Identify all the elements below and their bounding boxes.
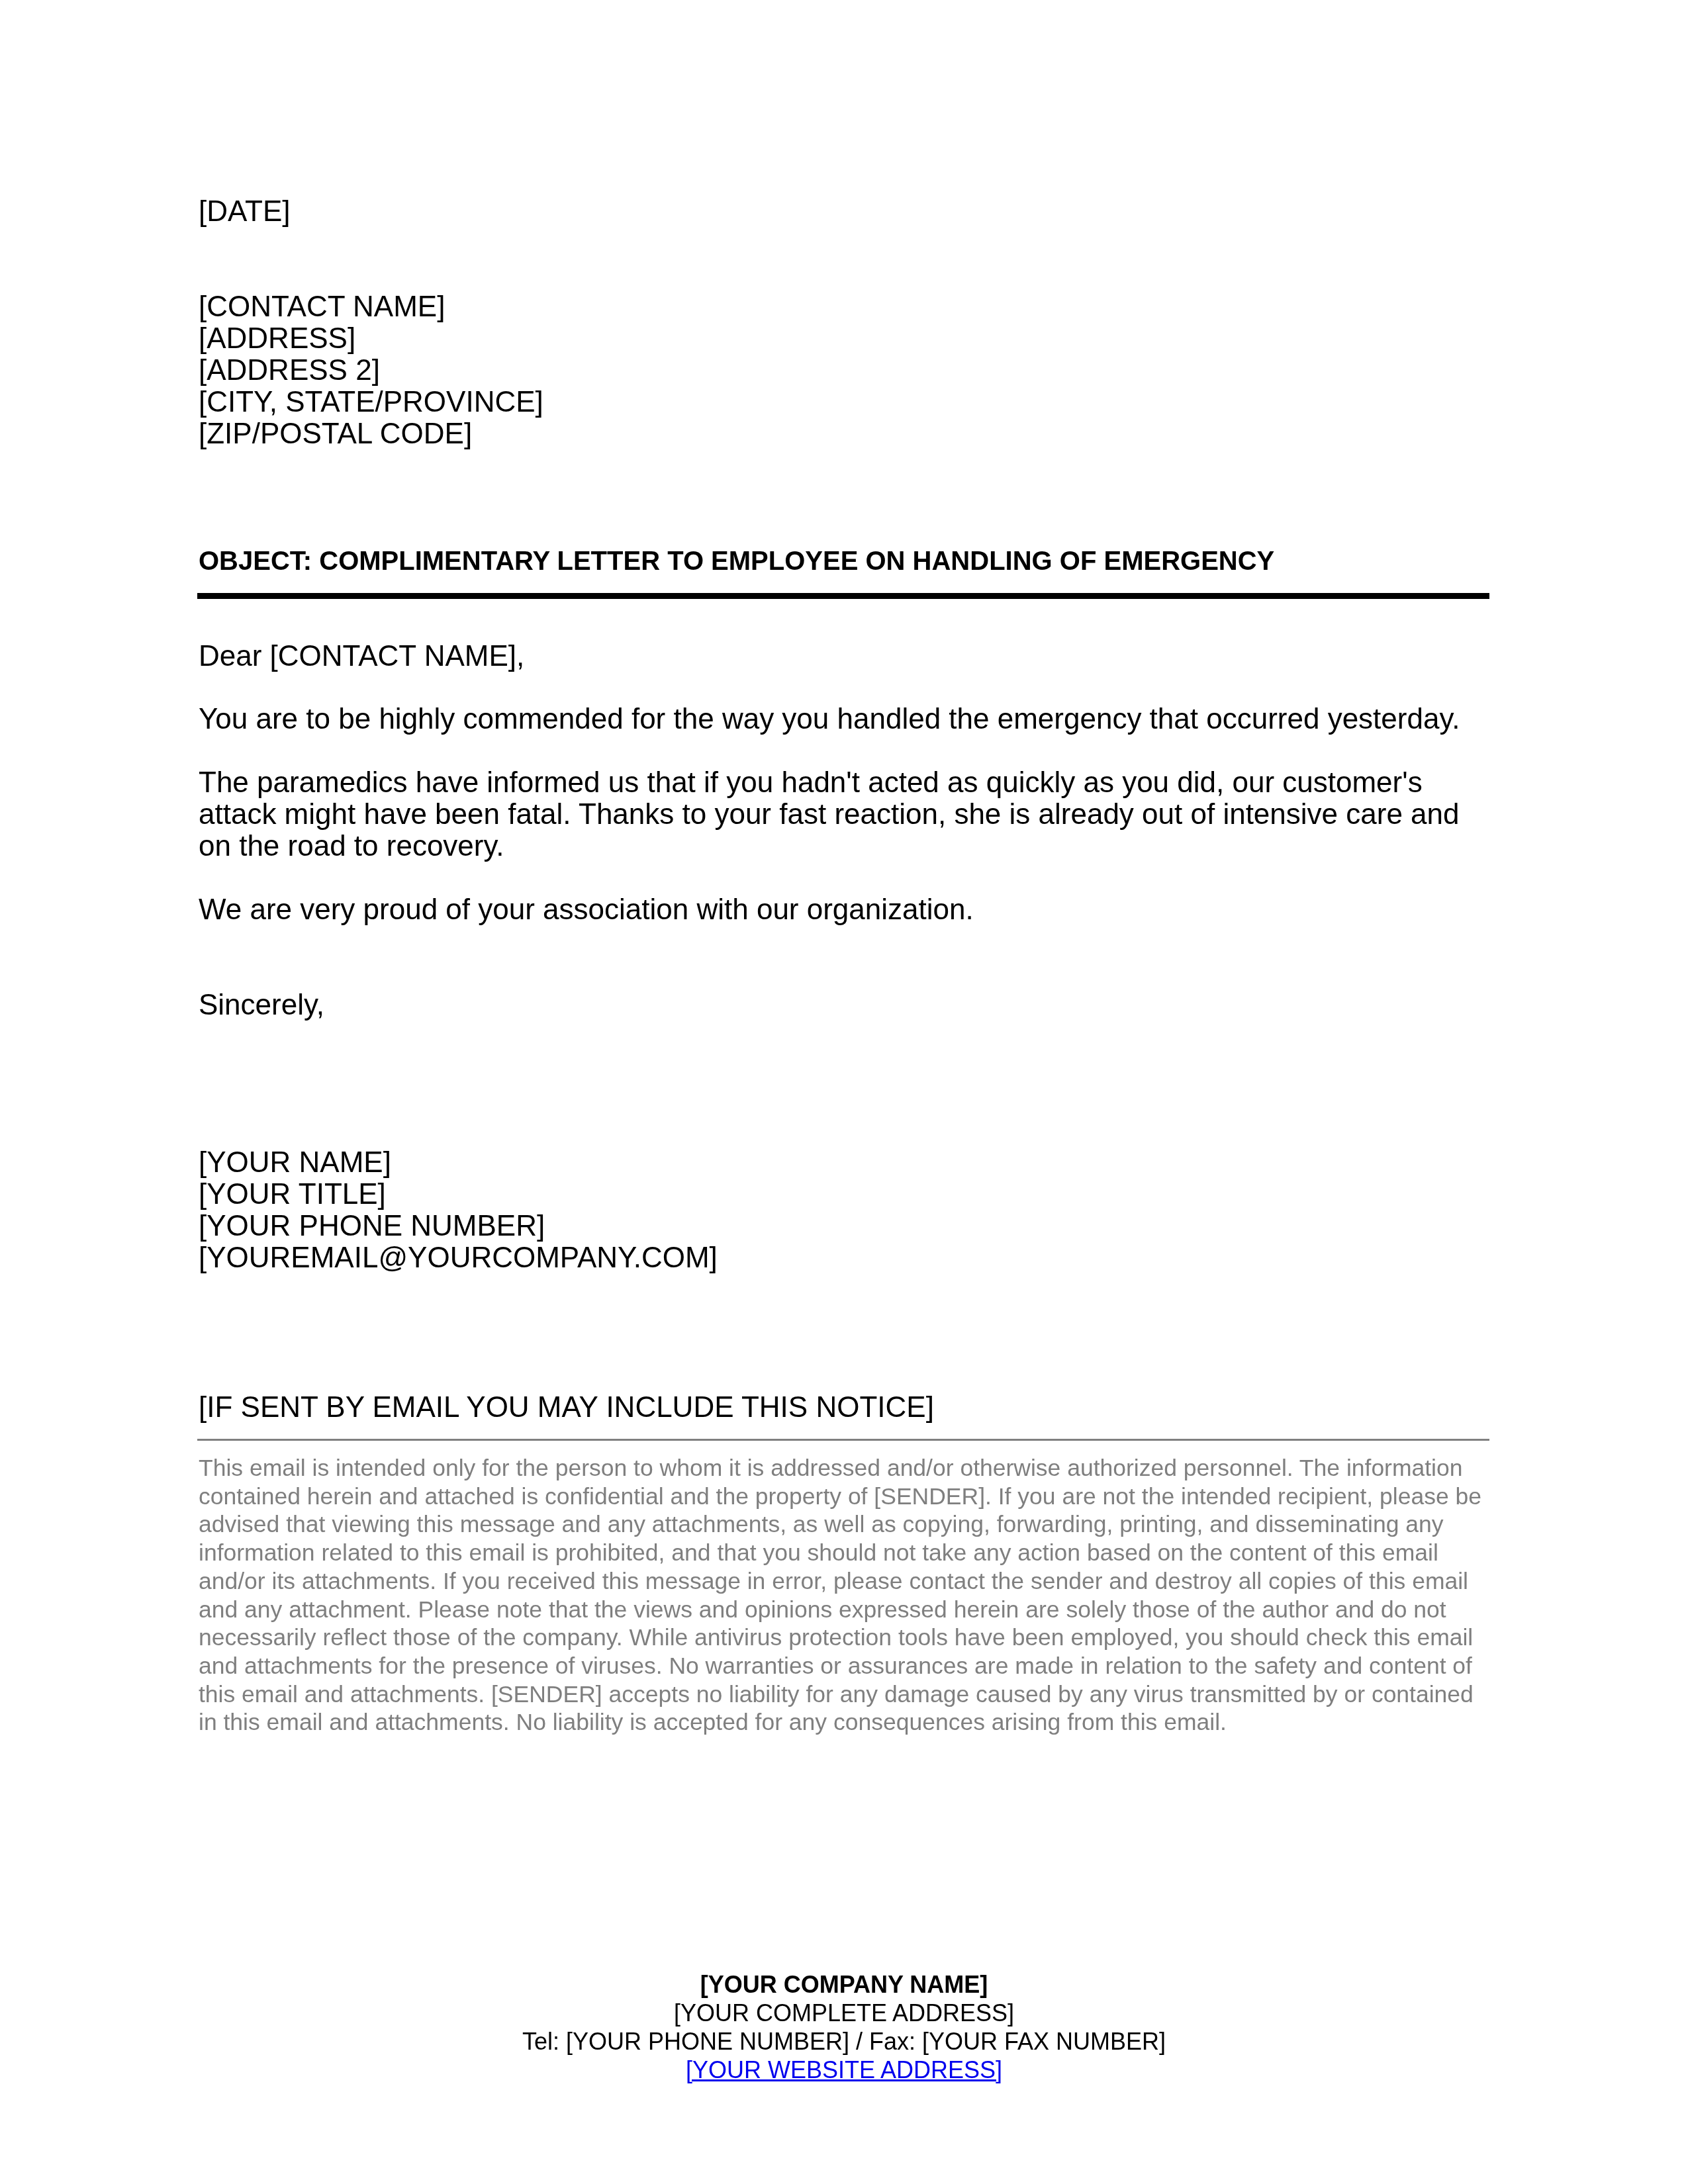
recipient-address-block: [CONTACT NAME] [ADDRESS] [ADDRESS 2] [CI… bbox=[199, 291, 1491, 450]
letter-body: You are to be highly commended for the w… bbox=[199, 704, 1491, 926]
recipient-postal-code: [ZIP/POSTAL CODE] bbox=[199, 418, 1491, 450]
body-paragraph: You are to be highly commended for the w… bbox=[199, 704, 1491, 735]
sender-name: [YOUR NAME] bbox=[199, 1147, 1491, 1179]
company-website-link[interactable]: [YOUR WEBSITE ADDRESS] bbox=[686, 2056, 1002, 2083]
recipient-city-state: [CITY, STATE/PROVINCE] bbox=[199, 387, 1491, 418]
letter-date: [DATE] bbox=[199, 196, 1491, 228]
subject-divider bbox=[197, 593, 1489, 599]
recipient-address-line-1: [ADDRESS] bbox=[199, 323, 1491, 355]
signature-block: [YOUR NAME] [YOUR TITLE] [YOUR PHONE NUM… bbox=[199, 1147, 1491, 1274]
sender-email: [YOUREMAIL@YOURCOMPANY.COM] bbox=[199, 1242, 1491, 1274]
company-name: [YOUR COMPANY NAME] bbox=[0, 1970, 1688, 1999]
recipient-name: [CONTACT NAME] bbox=[199, 291, 1491, 323]
recipient-address-line-2: [ADDRESS 2] bbox=[199, 355, 1491, 387]
company-address: [YOUR COMPLETE ADDRESS] bbox=[0, 1999, 1688, 2027]
salutation: Dear [CONTACT NAME], bbox=[199, 641, 1491, 672]
sender-phone: [YOUR PHONE NUMBER] bbox=[199, 1210, 1491, 1242]
closing: Sincerely, bbox=[199, 989, 1491, 1021]
body-paragraph: The paramedics have informed us that if … bbox=[199, 767, 1491, 862]
notice-divider bbox=[197, 1439, 1489, 1441]
email-disclaimer: This email is intended only for the pers… bbox=[199, 1454, 1496, 1737]
body-paragraph: We are very proud of your association wi… bbox=[199, 894, 1491, 926]
subject-heading: OBJECT: COMPLIMENTARY LETTER TO EMPLOYEE… bbox=[199, 545, 1491, 577]
letter-page: [DATE] [CONTACT NAME] [ADDRESS] [ADDRESS… bbox=[0, 0, 1688, 2184]
company-contact: Tel: [YOUR PHONE NUMBER] / Fax: [YOUR FA… bbox=[0, 2027, 1688, 2056]
company-footer: [YOUR COMPANY NAME] [YOUR COMPLETE ADDRE… bbox=[0, 1970, 1688, 2084]
sender-title: [YOUR TITLE] bbox=[199, 1179, 1491, 1210]
email-notice-heading: [IF SENT BY EMAIL YOU MAY INCLUDE THIS N… bbox=[199, 1392, 1491, 1424]
